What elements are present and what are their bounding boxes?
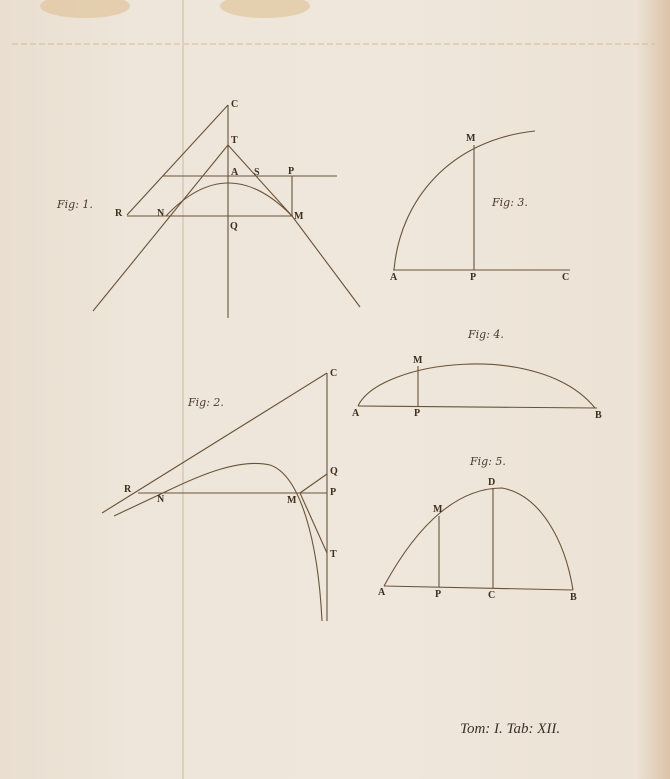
svg-text:B: B [570, 592, 577, 603]
plate-drawing: C T A S P R N Q M Fig: 1. C Q P R N M T … [0, 0, 670, 779]
figure-2: C Q P R N M T Fig: 2. [102, 368, 338, 621]
svg-text:N: N [157, 208, 165, 219]
svg-text:A: A [378, 587, 386, 598]
svg-text:M: M [294, 211, 304, 222]
paper-stains [12, 0, 655, 779]
figure-3: M A P C Fig: 3. [390, 131, 570, 283]
svg-text:Fig: 4.: Fig: 4. [467, 328, 504, 341]
plate-caption: Tom: I. Tab: XII. [460, 721, 560, 737]
svg-text:P: P [435, 589, 441, 600]
svg-text:C: C [330, 368, 337, 379]
svg-text:P: P [330, 487, 336, 498]
svg-text:M: M [413, 355, 423, 366]
svg-text:C: C [231, 99, 238, 110]
svg-text:B: B [595, 410, 602, 421]
svg-text:M: M [433, 504, 443, 515]
svg-text:P: P [470, 272, 476, 283]
figure-1: C T A S P R N Q M Fig: 1. [56, 99, 360, 318]
svg-text:C: C [488, 590, 495, 601]
svg-text:Fig: 5.: Fig: 5. [469, 455, 506, 468]
svg-text:Fig: 3.: Fig: 3. [491, 196, 528, 209]
svg-text:P: P [414, 408, 420, 419]
figure-5: M D A P C B Fig: 5. [378, 455, 577, 603]
svg-text:P: P [288, 166, 294, 177]
svg-text:T: T [330, 549, 337, 560]
svg-text:Q: Q [230, 221, 238, 232]
figure-4: M A P B Fig: 4. [352, 328, 602, 421]
svg-text:Fig: 1.: Fig: 1. [56, 198, 93, 211]
engraved-plate: C T A S P R N Q M Fig: 1. C Q P R N M T … [0, 0, 670, 779]
svg-text:R: R [124, 484, 132, 495]
svg-text:M: M [466, 133, 476, 144]
svg-text:Q: Q [330, 466, 338, 477]
svg-text:D: D [488, 477, 495, 488]
svg-text:S: S [254, 167, 260, 178]
svg-text:Fig: 2.: Fig: 2. [187, 396, 224, 409]
svg-text:A: A [352, 408, 360, 419]
svg-text:R: R [115, 208, 123, 219]
svg-text:T: T [231, 135, 238, 146]
svg-text:M: M [287, 495, 297, 506]
svg-text:N: N [157, 494, 165, 505]
svg-text:A: A [231, 167, 239, 178]
svg-text:C: C [562, 272, 569, 283]
svg-text:A: A [390, 272, 398, 283]
